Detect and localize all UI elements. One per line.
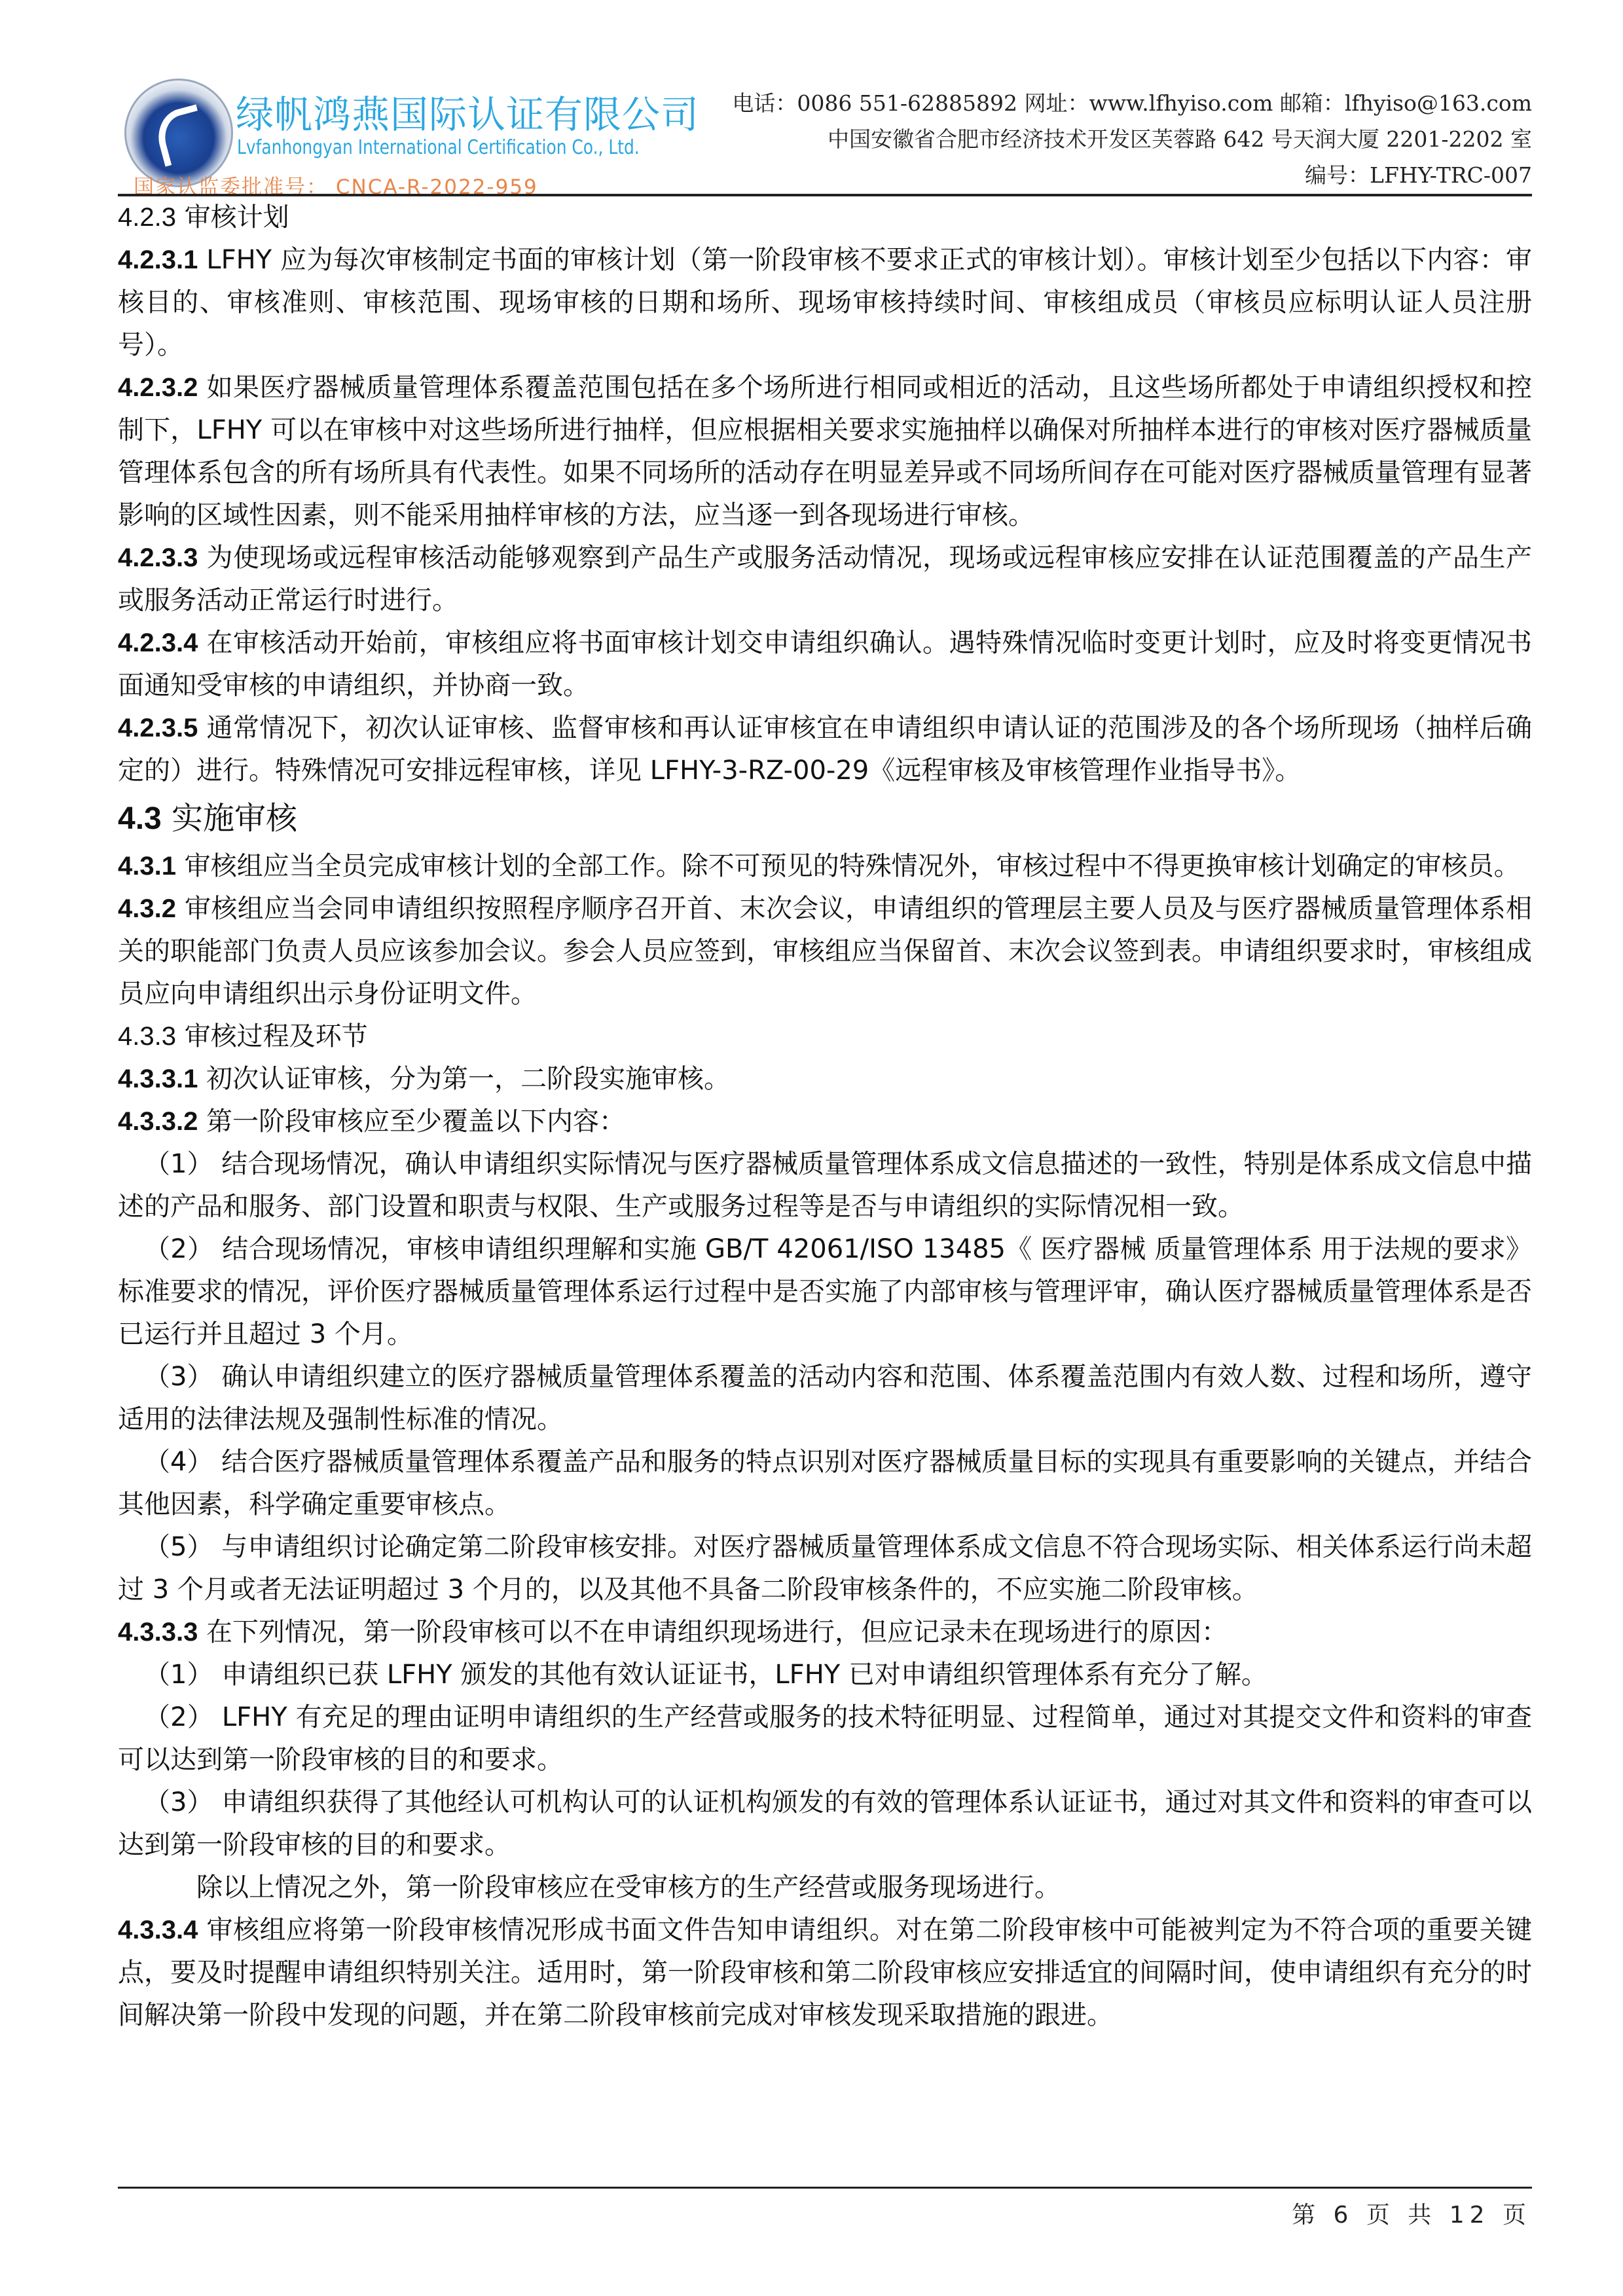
list-item: （4） 结合医疗器械质量管理体系覆盖产品和服务的特点识别对医疗器械质量目标的实现… [118, 1441, 1532, 1526]
paragraph-4-3-3-3: 4.3.3.3 在下列情况，第一阶段审核可以不在申请组织现场进行，但应记录未在现… [118, 1611, 1532, 1654]
contact-line: 电话：0086 551-62885892 网址：www.lfhyiso.com … [732, 85, 1532, 121]
footer-divider [118, 2187, 1532, 2189]
list-item: （2） 结合现场情况，审核申请组织理解和实施 GB/T 42061/ISO 13… [118, 1228, 1532, 1356]
company-name-en: Lvfanhongyan International Certification… [237, 136, 640, 159]
document-body: 4.2.3 审核计划 4.2.3.1 LFHY 应为每次审核制定书面的审核计划（… [118, 196, 1532, 2037]
paragraph-4-2-3-5: 4.2.3.5 通常情况下，初次认证审核、监督审核和再认证审核宜在申请组织申请认… [118, 707, 1532, 792]
section-heading-4-3-3: 4.3.3 审核过程及环节 [118, 1015, 1532, 1058]
contact-block: 电话：0086 551-62885892 网址：www.lfhyiso.com … [732, 85, 1532, 193]
list-item: （3） 确认申请组织建立的医疗器械质量管理体系覆盖的活动内容和范围、体系覆盖范围… [118, 1356, 1532, 1441]
paragraph-4-3-3-2: 4.3.3.2 第一阶段审核应至少覆盖以下内容： [118, 1101, 1532, 1143]
page-header: 绿帆鸿燕国际认证有限公司 Lvfanhongyan International … [118, 72, 1532, 196]
paragraph-4-2-3-2: 4.2.3.2 如果医疗器械质量管理体系覆盖范围包括在多个场所进行相同或相近的活… [118, 367, 1532, 537]
address-line: 中国安徽省合肥市经济技术开发区芙蓉路 642 号天润大厦 2201-2202 室 [732, 121, 1532, 157]
paragraph-4-3-3-4: 4.3.3.4 审核组应将第一阶段审核情况形成书面文件告知申请组织。对在第二阶段… [118, 1909, 1532, 2037]
document-number: 编号：LFHY-TRC-007 [732, 157, 1532, 193]
paragraph-4-3-2: 4.3.2 审核组应当会同申请组织按照程序顺序召开首、末次会议，申请组织的管理层… [118, 888, 1532, 1015]
list-item: （1） 结合现场情况，确认申请组织实际情况与医疗器械质量管理体系成文信息描述的一… [118, 1143, 1532, 1228]
section-heading-4-2-3: 4.2.3 审核计划 [118, 196, 1532, 239]
paragraph-4-2-3-3: 4.2.3.3 为使现场或远程审核活动能够观察到产品生产或服务活动情况，现场或远… [118, 537, 1532, 622]
list-item: （2） LFHY 有充足的理由证明申请组织的生产经营或服务的技术特征明显、过程简… [118, 1696, 1532, 1781]
paragraph-4-3-3-3-note: 除以上情况之外，第一阶段审核应在受审核方的生产经营或服务现场进行。 [118, 1867, 1532, 1909]
list-item: （5） 与申请组织讨论确定第二阶段审核安排。对医疗器械质量管理体系成文信息不符合… [118, 1526, 1532, 1611]
company-name-cn: 绿帆鸿燕国际认证有限公司 [236, 84, 699, 139]
paragraph-4-2-3-1: 4.2.3.1 LFHY 应为每次审核制定书面的审核计划（第一阶段审核不要求正式… [118, 239, 1532, 367]
section-heading-4-3: 4.3 实施审核 [118, 792, 1532, 845]
list-item: （1） 申请组织已获 LFHY 颁发的其他有效认证证书，LFHY 已对申请组织管… [118, 1654, 1532, 1696]
paragraph-4-3-1: 4.3.1 审核组应当全员完成审核计划的全部工作。除不可预见的特殊情况外，审核过… [118, 845, 1532, 888]
company-logo: 绿帆鸿燕国际认证有限公司 Lvfanhongyan International … [124, 72, 412, 196]
page-number: 第 6 页 共 12 页 [1292, 2196, 1531, 2230]
paragraph-4-2-3-4: 4.2.3.4 在审核活动开始前，审核组应将书面审核计划交申请组织确认。遇特殊情… [118, 622, 1532, 707]
list-item: （3） 申请组织获得了其他经认可机构认可的认证机构颁发的有效的管理体系认证证书，… [118, 1781, 1532, 1867]
paragraph-4-3-3-1: 4.3.3.1 初次认证审核，分为第一，二阶段实施审核。 [118, 1058, 1532, 1101]
